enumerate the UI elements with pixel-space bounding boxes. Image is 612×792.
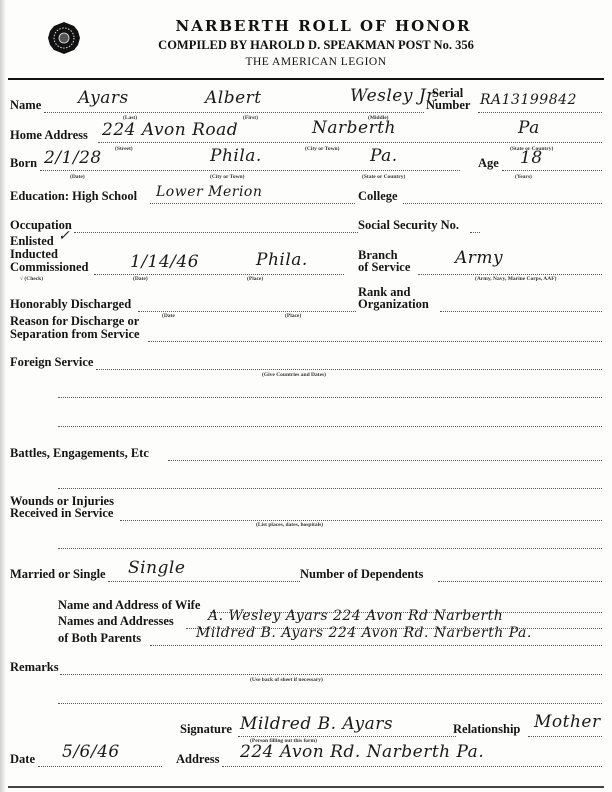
mother-value[interactable]: Mildred B. Ayars 224 Avon Rd. Narberth P… bbox=[196, 625, 532, 641]
header-rule bbox=[8, 78, 604, 80]
remarks-line-1 bbox=[60, 674, 602, 675]
high-school-line bbox=[150, 203, 355, 204]
wounds-caption: (List places, dates, hospitals) bbox=[256, 522, 323, 528]
ssn-label: Social Security No. bbox=[358, 218, 459, 233]
signature-label: Signature bbox=[180, 722, 232, 737]
service-place-value[interactable]: Phila. bbox=[256, 250, 308, 270]
state-value[interactable]: Pa bbox=[518, 118, 540, 138]
date-label: Date bbox=[10, 752, 35, 767]
relationship-line bbox=[528, 736, 602, 737]
form-title: NARBERTH ROLL OF HONOR bbox=[0, 17, 612, 35]
service-date-value[interactable]: 1/14/46 bbox=[130, 252, 199, 272]
occupation-line bbox=[74, 232, 358, 233]
birth-city-value[interactable]: Phila. bbox=[210, 146, 262, 166]
first-name-value[interactable]: Albert bbox=[205, 88, 262, 108]
discharge-line bbox=[138, 311, 356, 312]
age-value[interactable]: 18 bbox=[520, 148, 543, 168]
footer-rule bbox=[8, 786, 604, 788]
married-line bbox=[108, 581, 300, 582]
high-school-value[interactable]: Lower Merion bbox=[156, 184, 262, 200]
form-subtitle: COMPILED BY HAROLD D. SPEAKMAN POST No. … bbox=[0, 38, 612, 53]
relationship-value[interactable]: Mother bbox=[534, 712, 601, 732]
branch-options-caption: (Army, Navy, Marine Corps, AAF) bbox=[475, 276, 556, 282]
wounds-label-line2: Received in Service bbox=[10, 506, 113, 521]
born-line bbox=[40, 170, 460, 171]
foreign-service-line-3 bbox=[58, 426, 602, 427]
parents-label-line1: Names and Addresses bbox=[58, 614, 174, 629]
service-line bbox=[94, 274, 344, 275]
battles-line-1 bbox=[168, 460, 602, 461]
first-caption: (First) bbox=[243, 115, 258, 121]
branch-value[interactable]: Army bbox=[455, 248, 503, 268]
service-date-caption: (Date) bbox=[133, 276, 148, 282]
education-label: Education: High School bbox=[10, 189, 137, 204]
dependents-line bbox=[438, 581, 602, 582]
signature-value[interactable]: Mildred B. Ayars bbox=[240, 714, 393, 734]
age-label: Age bbox=[478, 156, 499, 171]
reason-line bbox=[148, 341, 602, 342]
honorably-discharged-label: Honorably Discharged bbox=[10, 297, 131, 312]
foreign-service-line-2 bbox=[58, 397, 602, 398]
branch-label-line2: of Service bbox=[358, 260, 410, 275]
last-name-value[interactable]: Ayars bbox=[78, 88, 129, 108]
wife-label: Name and Address of Wife bbox=[58, 598, 200, 613]
enlisted-check-value[interactable]: ✓ bbox=[58, 228, 70, 244]
reason-label-line2: Separation from Service bbox=[10, 327, 140, 342]
signer-address-value[interactable]: 224 Avon Rd. Narberth Pa. bbox=[240, 742, 484, 762]
ssn-line bbox=[470, 232, 480, 233]
age-line bbox=[502, 170, 602, 171]
remarks-label: Remarks bbox=[10, 660, 59, 675]
city-caption: (City or Town) bbox=[305, 146, 339, 152]
serial-label-line2: Number bbox=[426, 98, 470, 113]
born-label: Born bbox=[10, 156, 37, 171]
parents-label-line2: of Both Parents bbox=[58, 631, 141, 646]
city-value[interactable]: Narberth bbox=[312, 118, 396, 138]
scan-edge-shadow bbox=[0, 0, 6, 792]
discharge-date-caption: (Date bbox=[162, 313, 175, 319]
name-label: Name bbox=[10, 98, 41, 113]
marital-status-value[interactable]: Single bbox=[128, 558, 185, 578]
relationship-label: Relationship bbox=[453, 722, 520, 737]
rank-label-line2: Organization bbox=[358, 297, 429, 312]
rank-line bbox=[440, 311, 602, 312]
birth-city-caption: (City or Town) bbox=[210, 174, 244, 180]
street-value[interactable]: 224 Avon Road bbox=[102, 120, 238, 140]
street-caption: (Street) bbox=[115, 146, 133, 152]
home-address-label: Home Address bbox=[10, 128, 88, 143]
dependents-label: Number of Dependents bbox=[300, 567, 423, 582]
roll-of-honor-form: NARBERTH ROLL OF HONOR COMPILED BY HAROL… bbox=[0, 0, 612, 792]
father-value[interactable]: A. Wesley Ayars 224 Avon Rd Narberth bbox=[208, 608, 503, 624]
wounds-line-1 bbox=[120, 520, 602, 521]
commissioned-label: Commissioned bbox=[10, 260, 88, 275]
married-label: Married or Single bbox=[10, 567, 106, 582]
name-line bbox=[44, 112, 424, 113]
foreign-service-caption: (Give Countries and Dates) bbox=[262, 372, 326, 378]
birth-state-caption: (State or Country) bbox=[362, 174, 405, 180]
birth-state-value[interactable]: Pa. bbox=[370, 146, 398, 166]
battles-line-2 bbox=[58, 488, 602, 489]
serial-number-value[interactable]: RA13199842 bbox=[480, 92, 577, 108]
form-date-value[interactable]: 5/6/46 bbox=[62, 742, 120, 762]
remarks-caption: (Use back of sheet if necessary) bbox=[250, 677, 323, 683]
college-line bbox=[403, 203, 602, 204]
discharge-place-caption: (Place) bbox=[285, 313, 301, 319]
birth-date-caption: (Date) bbox=[70, 174, 85, 180]
foreign-service-line-1 bbox=[96, 369, 602, 370]
form-organization: THE AMERICAN LEGION bbox=[0, 56, 612, 68]
serial-line bbox=[478, 112, 602, 113]
signer-address-line bbox=[222, 766, 602, 767]
foreign-service-label: Foreign Service bbox=[10, 355, 93, 370]
check-caption: √ (Check) bbox=[20, 276, 43, 282]
battles-label: Battles, Engagements, Etc bbox=[10, 446, 149, 461]
wounds-line-2 bbox=[58, 548, 602, 549]
years-caption: (Years) bbox=[515, 174, 532, 180]
mother-line bbox=[150, 645, 602, 646]
address-label: Address bbox=[176, 752, 220, 767]
home-address-line bbox=[98, 142, 602, 143]
remarks-line-2 bbox=[58, 703, 602, 704]
date-line bbox=[38, 766, 162, 767]
signature-line bbox=[238, 736, 456, 737]
birth-date-value[interactable]: 2/1/28 bbox=[44, 148, 102, 168]
branch-line bbox=[418, 274, 602, 275]
service-place-caption: (Place) bbox=[247, 276, 263, 282]
college-label: College bbox=[358, 189, 398, 204]
